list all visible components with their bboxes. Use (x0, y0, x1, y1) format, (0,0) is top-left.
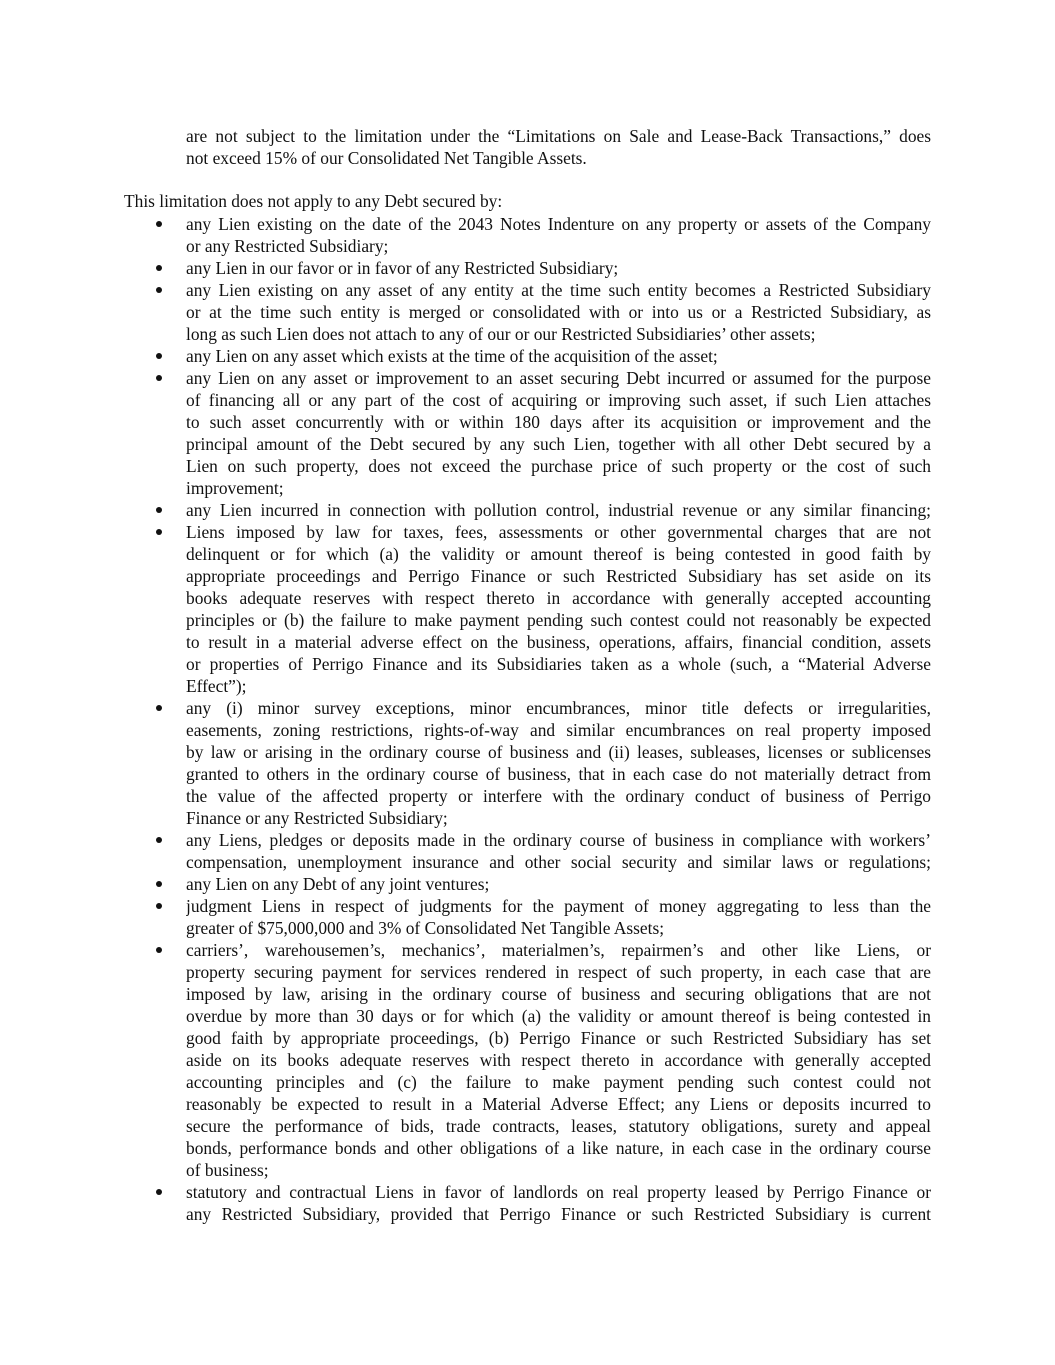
list-item: statutory and contractual Liens in favor… (0, 1181, 1055, 1225)
list-item-text: any Lien in our favor or in favor of any… (186, 257, 931, 279)
text-line: any Lien existing on any asset of any en… (186, 279, 931, 301)
text-line: good faith by appropriate proceedings, (… (186, 1027, 931, 1049)
text-line: any (i) minor survey exceptions, minor e… (186, 697, 931, 719)
text-line: statutory and contractual Liens in favor… (186, 1181, 931, 1203)
text-line: property securing payment for services r… (186, 961, 931, 983)
document-page: are not subject to the limitation under … (0, 0, 1055, 1365)
text-line: overdue by more than 30 days or for whic… (186, 1005, 931, 1027)
text-line: or any Restricted Subsidiary; (186, 235, 931, 257)
text-line: any Lien on any asset which exists at th… (186, 345, 931, 367)
text-line: any Lien on any Debt of any joint ventur… (186, 873, 931, 895)
list-item-text: any Lien incurred in connection with pol… (186, 499, 931, 521)
bullet-icon (156, 1189, 162, 1195)
text-line: any Lien in our favor or in favor of any… (186, 257, 931, 279)
bullet-icon (156, 837, 162, 843)
bullet-icon (156, 221, 162, 227)
text-line: reasonably be expected to result in a Ma… (186, 1093, 931, 1115)
text-line: Liens imposed by law for taxes, fees, as… (186, 521, 931, 543)
text-line: to such asset concurrently with or withi… (186, 411, 931, 433)
list-item-text: any Lien on any asset which exists at th… (186, 345, 931, 367)
text-line: principles or (b) the failure to make pa… (186, 609, 931, 631)
bullet-icon (156, 529, 162, 535)
list-item: any Lien in our favor or in favor of any… (0, 257, 1055, 279)
text-line: or properties of Perrigo Finance and its… (186, 653, 931, 675)
exceptions-list: any Lien existing on the date of the 204… (0, 213, 1055, 1225)
continuation-paragraph: are not subject to the limitation under … (186, 125, 931, 169)
text-line: accounting principles and (c) the failur… (186, 1071, 931, 1093)
bullet-icon (156, 903, 162, 909)
list-item-text: any (i) minor survey exceptions, minor e… (186, 697, 931, 829)
bullet-icon (156, 507, 162, 513)
bullet-icon (156, 287, 162, 293)
text-line: bonds, performance bonds and other oblig… (186, 1137, 931, 1159)
text-line: by law or arising in the ordinary course… (186, 741, 931, 763)
bullet-icon (156, 265, 162, 271)
text-line: the value of the affected property or in… (186, 785, 931, 807)
list-item: any Lien existing on any asset of any en… (0, 279, 1055, 345)
text-line: any Lien existing on the date of the 204… (186, 213, 931, 235)
list-item-text: any Lien on any asset or improvement to … (186, 367, 931, 499)
text-line: principal amount of the Debt secured by … (186, 433, 931, 455)
text-line: long as such Lien does not attach to any… (186, 323, 931, 345)
list-item-text: statutory and contractual Liens in favor… (186, 1181, 931, 1225)
text-line: imposed by law, arising in the ordinary … (186, 983, 931, 1005)
list-item: any Lien on any asset which exists at th… (0, 345, 1055, 367)
text-line: are not subject to the limitation under … (186, 125, 931, 147)
text-line: not exceed 15% of our Consolidated Net T… (186, 147, 931, 169)
text-line: Finance or any Restricted Subsidiary; (186, 807, 931, 829)
text-line: easements, zoning restrictions, rights-o… (186, 719, 931, 741)
list-item-text: judgment Liens in respect of judgments f… (186, 895, 931, 939)
list-item: judgment Liens in respect of judgments f… (0, 895, 1055, 939)
list-item: any Liens, pledges or deposits made in t… (0, 829, 1055, 873)
bullet-icon (156, 705, 162, 711)
text-line: any Liens, pledges or deposits made in t… (186, 829, 931, 851)
list-item-text: any Lien existing on any asset of any en… (186, 279, 931, 345)
text-line: granted to others in the ordinary course… (186, 763, 931, 785)
list-item-text: any Lien existing on the date of the 204… (186, 213, 931, 257)
list-item: carriers’, warehousemen’s, mechanics’, m… (0, 939, 1055, 1181)
bullet-icon (156, 881, 162, 887)
text-line: books adequate reserves with respect the… (186, 587, 931, 609)
list-item-text: any Liens, pledges or deposits made in t… (186, 829, 931, 873)
bullet-icon (156, 947, 162, 953)
list-item: any Lien incurred in connection with pol… (0, 499, 1055, 521)
list-item-text: carriers’, warehousemen’s, mechanics’, m… (186, 939, 931, 1181)
text-line: Lien on such property, does not exceed t… (186, 455, 931, 477)
text-line: any Restricted Subsidiary, provided that… (186, 1203, 931, 1225)
bullet-icon (156, 353, 162, 359)
bullet-icon (156, 375, 162, 381)
text-line: improvement; (186, 477, 931, 499)
list-item-text: Liens imposed by law for taxes, fees, as… (186, 521, 931, 697)
list-item: any Lien on any asset or improvement to … (0, 367, 1055, 499)
text-line: aside on its books adequate reserves wit… (186, 1049, 931, 1071)
list-item: any (i) minor survey exceptions, minor e… (0, 697, 1055, 829)
text-line: carriers’, warehousemen’s, mechanics’, m… (186, 939, 931, 961)
text-line: of business; (186, 1159, 931, 1181)
text-line: any Lien on any asset or improvement to … (186, 367, 931, 389)
text-line: Effect”); (186, 675, 931, 697)
text-line: compensation, unemployment insurance and… (186, 851, 931, 873)
list-item: Liens imposed by law for taxes, fees, as… (0, 521, 1055, 697)
text-line: any Lien incurred in connection with pol… (186, 499, 931, 521)
intro-text: This limitation does not apply to any De… (124, 190, 944, 212)
text-line: judgment Liens in respect of judgments f… (186, 895, 931, 917)
list-item: any Lien on any Debt of any joint ventur… (0, 873, 1055, 895)
intro-paragraph: This limitation does not apply to any De… (124, 190, 944, 212)
text-line: to result in a material adverse effect o… (186, 631, 931, 653)
text-line: appropriate proceedings and Perrigo Fina… (186, 565, 931, 587)
list-item: any Lien existing on the date of the 204… (0, 213, 1055, 257)
text-line: or at the time such entity is merged or … (186, 301, 931, 323)
text-line: secure the performance of bids, trade co… (186, 1115, 931, 1137)
text-line: of financing all or any part of the cost… (186, 389, 931, 411)
text-line: delinquent or for which (a) the validity… (186, 543, 931, 565)
list-item-text: any Lien on any Debt of any joint ventur… (186, 873, 931, 895)
text-line: greater of $75,000,000 and 3% of Consoli… (186, 917, 931, 939)
